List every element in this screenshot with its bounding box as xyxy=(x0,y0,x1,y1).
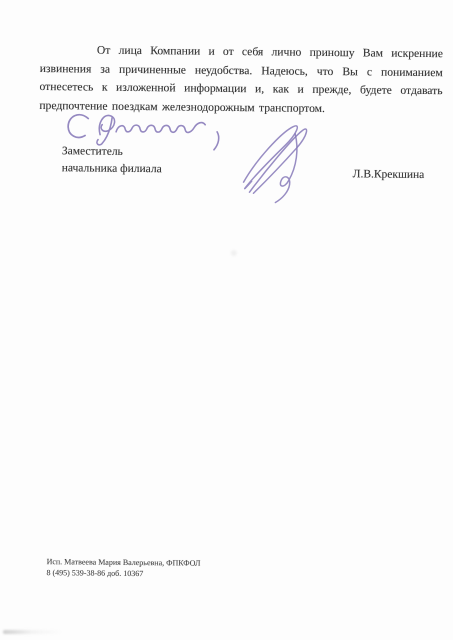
letter-body-paragraph: От лица Компании и от себя лично приношу… xyxy=(39,41,443,120)
scan-content: От лица Компании и от себя лично приношу… xyxy=(0,0,453,640)
closing-letter-c-stroke xyxy=(68,115,88,138)
signer-title-line2: начальника филиала xyxy=(62,160,162,178)
footer-block: Исп. Матвеева Мария Валерьевна, ФПКФОЛ 8… xyxy=(46,556,200,580)
footer-phone-line: 8 (495) 539-38-86 доб. 10367 xyxy=(46,567,200,580)
closing-word-stroke xyxy=(97,115,205,146)
scan-streak-artifact xyxy=(3,630,63,634)
closing-comma-stroke xyxy=(214,132,219,150)
signature-paraph-ink xyxy=(236,120,321,207)
signer-title-line1: Заместитель xyxy=(62,143,162,161)
signer-name: Л.В.Крекшина xyxy=(353,168,425,181)
signer-title-block: Заместитель начальника филиала xyxy=(62,143,162,177)
scanned-letter-page: От лица Компании и от себя лично приношу… xyxy=(0,0,453,640)
scan-speck xyxy=(231,250,237,256)
